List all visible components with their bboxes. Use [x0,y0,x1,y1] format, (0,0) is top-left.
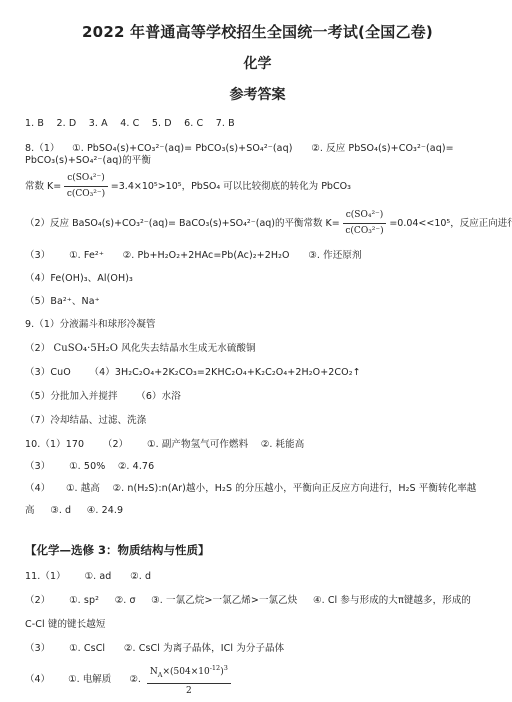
lattice-constant: ×(504×10 [162,667,209,677]
q9-part5-6-line: （5）分批加入并搅拌 （6）水浴 [25,391,490,403]
q9-part1-line: 9.（1）分液漏斗和球形冷凝管 [25,319,490,331]
q8-part3-line: （3） ①. Fe²⁺ ②. Pb+H₂O₂+2HAc=Pb(Ac)₂+2H₂O… [25,250,490,262]
k-fraction: c(SO₄²⁻) c(CO₃²⁻) [64,173,108,200]
q9-part3-4-line: （3）CuO （4）3H₂C₂O₄+2K₂CO₃=2KHC₂O₄+K₂C₂O₄+… [25,367,490,379]
exam-answer-page: 2022 年普通高等学校招生全国统一考试(全国乙卷) 化学 参考答案 1. B … [0,0,512,702]
q9-part2-prefix: （2） [25,343,53,354]
fraction-numerator: c(SO₄²⁻) [343,210,387,224]
fraction-denominator: c(CO₃²⁻) [67,187,105,200]
q8-part1-line: 8.（1） ①. PbSO₄(s)+CO₃²⁻(aq)= PbCO₃(s)+SO… [25,143,490,167]
q10-part4-line: （4） ①. 越高 ②. n(H₂S):n(Ar)越小，H₂S 的分压越小，平衡… [25,483,490,495]
q11-part1-line: 11.（1） ①. ad ②. d [25,571,490,583]
q11-part2-line: （2） ①. sp² ②. σ ③. 一氯乙烷>一氯乙烯>一氯乙炔 ④. Cl … [25,595,490,607]
fraction-denominator: 2 [186,684,192,697]
subject-title: 化学 [25,55,490,73]
q8-part5-line: （5）Ba²⁺、Na⁺ [25,296,490,308]
exponent-minus12: -12 [210,664,220,672]
exponent-cubed: 3 [224,664,228,672]
q8-part4-line: （4）Fe(OH)₃、Al(OH)₃ [25,273,490,285]
q10-part4-continued-line: 高 ③. d ④. 24.9 [25,505,490,517]
multiple-choice-answers: 1. B 2. D 3. A 4. C 5. D 6. C 7. B [25,118,490,130]
fraction-numerator: c(SO₄²⁻) [64,173,108,187]
copper-sulfate-formula: CuSO₄·5H₂O [53,343,118,354]
q8-part2-prefix: （2）反应 BaSO₄(s)+CO₃²⁻(aq)= BaCO₃(s)+SO₄²⁻… [25,218,340,230]
q8-part2-suffix: =0.04<<10⁵，反应正向进行的程度有限 [389,218,512,230]
q11-part2-continued-line: C-Cl 键的键长越短 [25,619,490,631]
fraction-numerator: NA×(504×10-12)3 [147,663,231,684]
fraction-denominator: c(CO₃²⁻) [345,224,383,237]
q8-k-constant-line: 常数 K= c(SO₄²⁻) c(CO₃²⁻) =3.4×10⁵>10⁵，PbS… [25,173,490,200]
q8-k-prefix: 常数 K= [25,181,61,193]
q11-part3-line: （3） ①. CsCl ②. CsCl 为离子晶体，ICl 为分子晶体 [25,643,490,655]
exam-title: 2022 年普通高等学校招生全国统一考试(全国乙卷) [25,22,490,42]
q9-part7-line: （7）冷却结晶、过滤、洗涤 [25,415,490,427]
q9-part2-suffix: 风化失去结晶水生成无水硫酸铜 [118,343,256,354]
q10-part3-line: （3） ①. 50% ②. 4.76 [25,461,490,473]
q8-part2-line: （2）反应 BaSO₄(s)+CO₃²⁻(aq)= BaCO₃(s)+SO₄²⁻… [25,210,490,237]
q11-part4-line: （4） ①. 电解质 ②. NA×(504×10-12)3 2 [25,663,490,697]
q10-part1-2-line: 10.（1）170 （2） ①. 副产物氢气可作燃料 ②. 耗能高 [25,439,490,451]
answers-heading: 参考答案 [25,86,490,104]
elective3-section-heading: 【化学—选修 3：物质结构与性质】 [25,543,490,558]
k-fraction: c(SO₄²⁻) c(CO₃²⁻) [343,210,387,237]
q8-k-suffix: =3.4×10⁵>10⁵，PbSO₄ 可以比较彻底的转化为 PbCO₃ [111,181,351,193]
avogadro-volume-fraction: NA×(504×10-12)3 2 [147,663,231,697]
symbol-N: N [150,667,158,677]
q9-part2-line: （2） CuSO₄·5H₂O 风化失去结晶水生成无水硫酸铜 [25,343,490,355]
q11-part4-prefix: （4） ①. 电解质 ②. [25,674,144,686]
